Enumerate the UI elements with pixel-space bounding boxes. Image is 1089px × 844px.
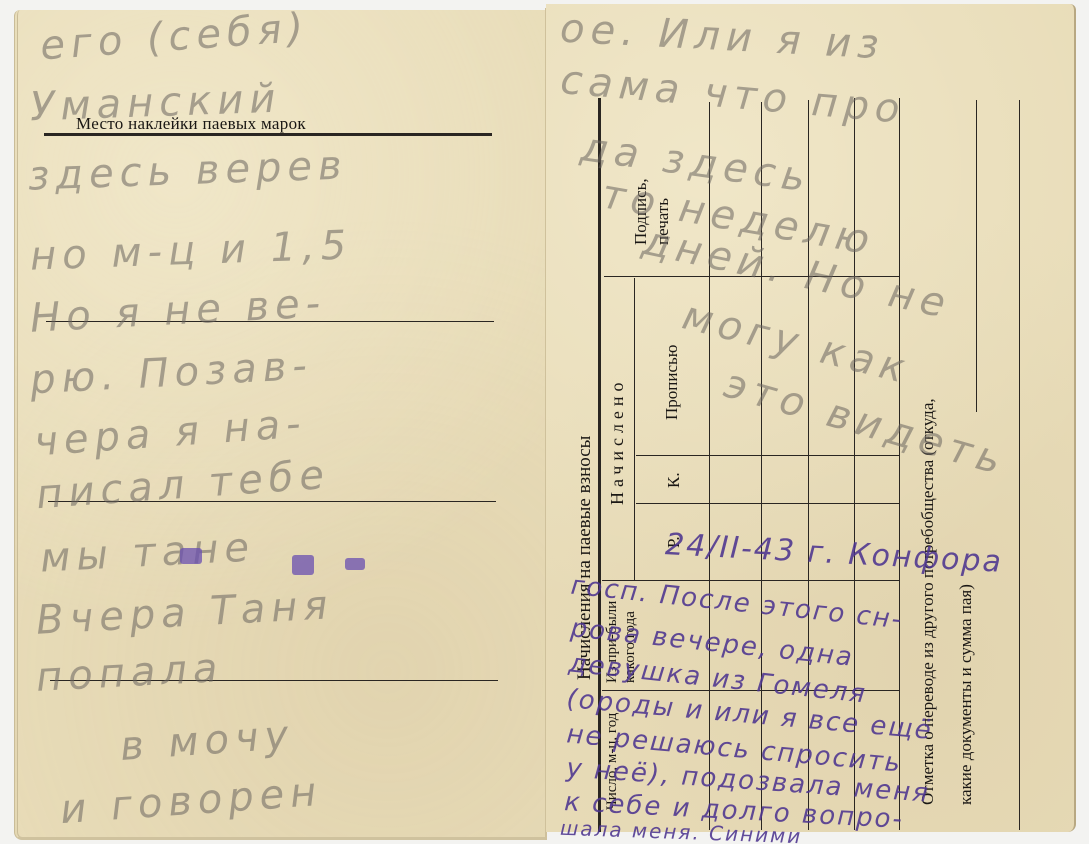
col-accrued: Начислено	[607, 377, 628, 505]
transfer-note-underline	[976, 100, 977, 412]
pencil-line: попала	[35, 645, 225, 701]
transfer-note-line2: какие документы и сумма пая)	[956, 584, 976, 805]
title-rule	[44, 133, 492, 136]
grid-v-col6	[1019, 100, 1020, 830]
grid-h-inwords	[636, 455, 900, 456]
stamp-fragment	[180, 548, 202, 564]
col-in-words: Прописью	[662, 345, 682, 420]
grid-h-kop	[636, 503, 900, 504]
col-kop: К.	[664, 472, 684, 488]
stamp-fragment	[345, 558, 365, 570]
pencil-line: Уманский	[29, 76, 282, 131]
stamp-fragment	[292, 555, 314, 575]
grid-v-accrued-inner	[634, 278, 635, 580]
